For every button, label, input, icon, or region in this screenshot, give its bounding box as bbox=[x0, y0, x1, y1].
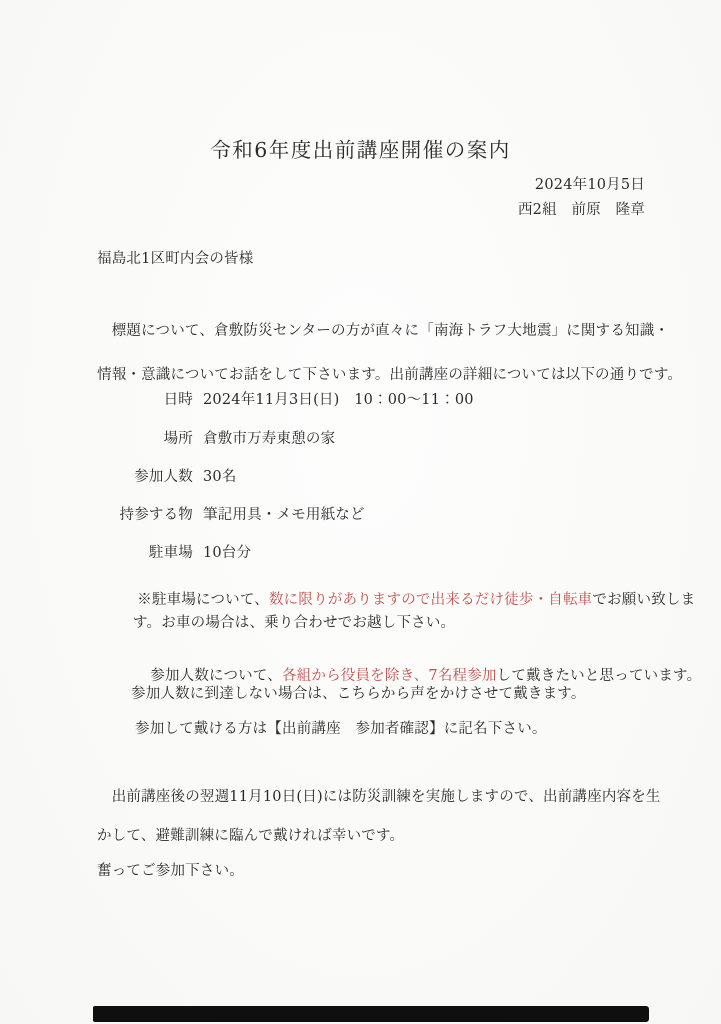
signup-note-line: 参加して戴ける方は【出前講座 参加者確認】に記名下さい。 bbox=[135, 720, 547, 739]
detail-value: 倉敷市万寿東憩の家 bbox=[203, 430, 335, 449]
document-author: 西2組 前原 隆章 bbox=[0, 201, 645, 220]
detail-value: 筆記用具・メモ用紙など bbox=[203, 506, 365, 525]
detail-label: 場所 bbox=[97, 430, 193, 449]
parking-note-suffix: でお願い致しま bbox=[592, 592, 695, 608]
detail-row-place: 場所 倉敷市万寿東憩の家 bbox=[97, 430, 335, 449]
parking-note-red-text: 数に限りがありますので出来るだけ徒歩・自転車 bbox=[269, 592, 592, 608]
participants-note-prefix: 参加人数について、 bbox=[150, 668, 282, 684]
recipient-line: 福島北1区町内会の皆様 bbox=[97, 250, 253, 269]
detail-row-items: 持参する物 筆記用具・メモ用紙など bbox=[97, 506, 365, 525]
closing-line-3: 奮ってご参加下さい。 bbox=[97, 862, 244, 881]
intro-line-1: 標題について、倉敷防災センターの方が直々に「南海トラフ大地震」に関する知識・ bbox=[97, 322, 669, 341]
intro-line-2: 情報・意識についてお話をして下さいます。出前講座の詳細については以下の通りです。 bbox=[97, 366, 682, 385]
detail-row-participants: 参加人数 30名 bbox=[97, 468, 237, 487]
detail-value: 30名 bbox=[203, 468, 237, 487]
parking-note-line-2: す。お車の場合は、乗り合わせでお越し下さい。 bbox=[133, 614, 455, 633]
document-date: 2024年10月5日 bbox=[0, 176, 645, 195]
closing-line-1: 出前講座後の翌週11月10日(日)には防災訓練を実施しますので、出前講座内容を生 bbox=[97, 788, 661, 807]
participants-note-line-2: 参加人数に到達しない場合は、こちらから声をかけさせて戴きます。 bbox=[131, 685, 586, 704]
detail-label: 駐車場 bbox=[97, 544, 193, 563]
participants-note-red-text: 各組から役員を除き、7名程参加 bbox=[282, 668, 497, 684]
detail-row-parking: 駐車場 10台分 bbox=[97, 544, 251, 563]
scanned-document-page: 令和6年度出前講座開催の案内 2024年10月5日 西2組 前原 隆章 福島北1… bbox=[0, 0, 721, 1024]
detail-value: 10台分 bbox=[203, 544, 251, 563]
participants-note-suffix: して戴きたいと思っています。 bbox=[497, 668, 702, 684]
scan-artifact-bar bbox=[93, 1006, 649, 1022]
parking-note-prefix: ※駐車場について、 bbox=[137, 592, 269, 608]
detail-label: 参加人数 bbox=[97, 468, 193, 487]
page-title: 令和6年度出前講座開催の案内 bbox=[0, 137, 721, 164]
detail-label: 持参する物 bbox=[97, 506, 193, 525]
detail-value: 2024年11月3日(日) 10：00～11：00 bbox=[203, 391, 474, 410]
detail-label: 日時 bbox=[97, 391, 193, 410]
detail-row-datetime: 日時 2024年11月3日(日) 10：00～11：00 bbox=[97, 391, 474, 410]
closing-line-2: かして、避難訓練に臨んで戴ければ幸いです。 bbox=[97, 827, 404, 846]
